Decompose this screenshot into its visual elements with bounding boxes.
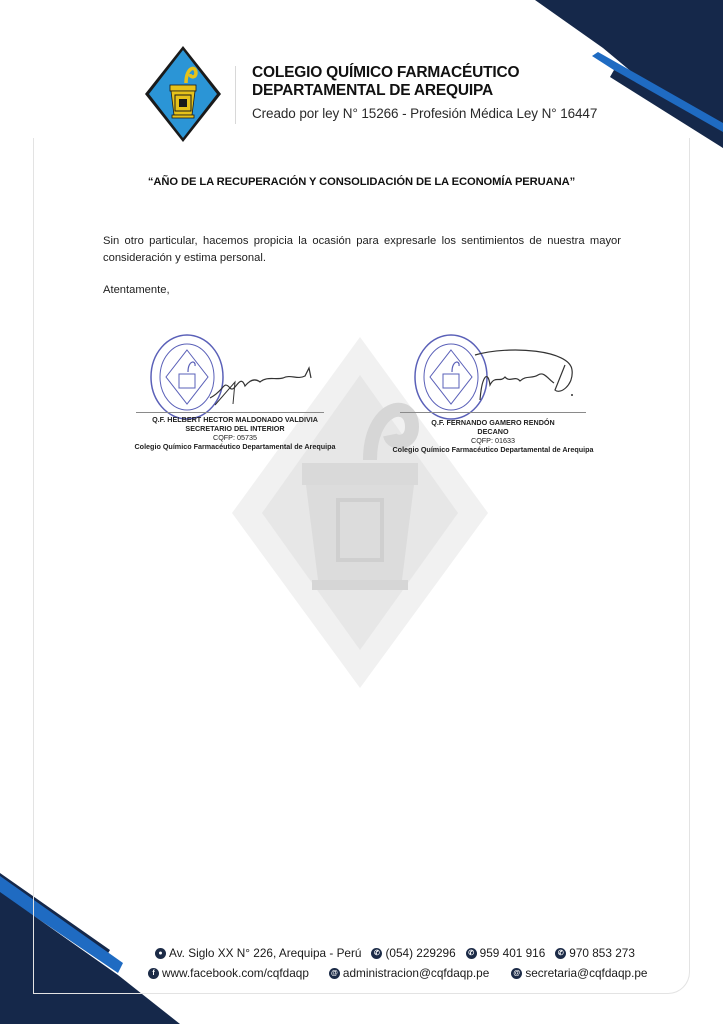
signer-organization: Colegio Químico Farmacéutico Departament… — [110, 442, 360, 451]
footer-whatsapp-2[interactable]: ✆ 970 853 273 — [555, 946, 635, 960]
signer-name: Q.F. FERNANDO GAMERO RENDÓN — [378, 418, 608, 427]
year-title: “AÑO DE LA RECUPERACIÓN Y CONSOLIDACIÓN … — [0, 176, 723, 188]
signer-role: DECANO — [378, 427, 608, 436]
signer-organization: Colegio Químico Farmacéutico Departament… — [378, 445, 608, 454]
signer-cqfp: CQFP: 05735 — [110, 433, 360, 442]
footer-phone[interactable]: ✆ (054) 229296 — [371, 946, 455, 960]
signature-block-1: Q.F. HELBERT HECTOR MALDONADO VALDIVIA S… — [110, 415, 360, 451]
body-paragraph: Sin otro particular, hacemos propicia la… — [103, 233, 621, 267]
footer-whatsapp-1[interactable]: ✆ 959 401 916 — [466, 946, 546, 960]
footer-contact-row-2: f www.facebook.com/cqfdaqp @ administrac… — [148, 966, 647, 980]
signer-name: Q.F. HELBERT HECTOR MALDONADO VALDIVIA — [110, 415, 360, 424]
signature-scribble-2 — [460, 345, 580, 415]
header-subtitle: Creado por ley N° 15266 - Profesión Médi… — [252, 106, 597, 121]
footer-address: ● Av. Siglo XX N° 226, Arequipa - Perú — [155, 946, 361, 960]
location-icon: ● — [155, 948, 166, 959]
signer-cqfp: CQFP: 01633 — [378, 436, 608, 445]
college-logo — [144, 45, 222, 143]
signature-line-1 — [136, 412, 324, 413]
footer-email-secretaria[interactable]: @ secretaria@cqfdaqp.pe — [511, 966, 647, 980]
signature-scribble-1 — [205, 360, 325, 410]
whatsapp-icon: ✆ — [466, 948, 477, 959]
header-divider — [235, 66, 236, 124]
phone-icon: ✆ — [371, 948, 382, 959]
whatsapp-icon: ✆ — [555, 948, 566, 959]
closing-text: Atentamente, — [103, 284, 170, 296]
signature-block-2: Q.F. FERNANDO GAMERO RENDÓN DECANO CQFP:… — [378, 418, 608, 454]
signer-role: SECRETARIO DEL INTERIOR — [110, 424, 360, 433]
email-icon: @ — [329, 968, 340, 979]
facebook-icon: f — [148, 968, 159, 979]
footer-email-admin[interactable]: @ administracion@cqfdaqp.pe — [329, 966, 489, 980]
email-icon: @ — [511, 968, 522, 979]
organization-name: COLEGIO QUÍMICO FARMACÉUTICO DEPARTAMENT… — [252, 64, 519, 100]
footer-contact-row-1: ● Av. Siglo XX N° 226, Arequipa - Perú ✆… — [155, 946, 635, 960]
signature-line-2 — [400, 412, 586, 413]
footer-facebook[interactable]: f www.facebook.com/cqfdaqp — [148, 966, 309, 980]
